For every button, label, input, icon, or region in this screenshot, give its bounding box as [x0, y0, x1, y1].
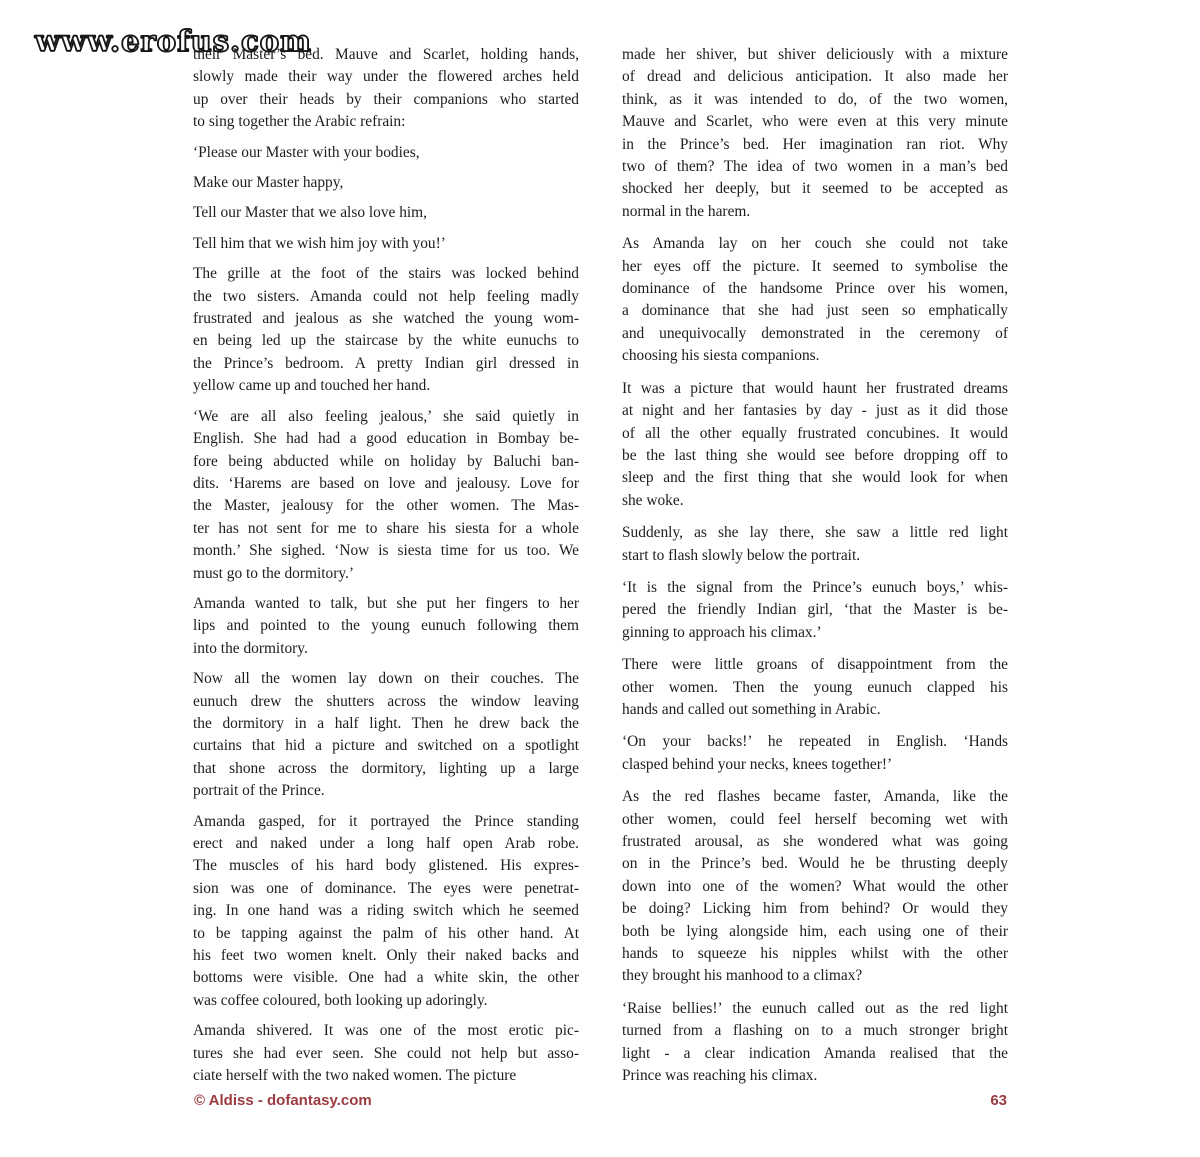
paragraph: made her shiver, but shiver deliciously …	[622, 44, 1008, 223]
text-line: It was a picture that would haunt her fr…	[622, 378, 1008, 400]
text-line: normal in the harem.	[622, 201, 1008, 223]
paragraph: Tell him that we wish him joy with you!’	[193, 233, 579, 255]
paragraph: There were little groans of disappointme…	[622, 654, 1008, 721]
text-line: As Amanda lay on her couch she could not…	[622, 233, 1008, 255]
paragraph: Make our Master happy,	[193, 172, 579, 194]
text-column-right: made her shiver, but shiver deliciously …	[622, 44, 1008, 1097]
text-line: Tell him that we wish him joy with you!’	[193, 233, 579, 255]
paragraph: Amanda wanted to talk, but she put her f…	[193, 593, 579, 660]
text-line: down into one of the women? What would t…	[622, 876, 1008, 898]
text-line: be the last thing she would see before d…	[622, 445, 1008, 467]
text-line: Mauve and Scarlet, who were even at this…	[622, 111, 1008, 133]
text-line: eunuch drew the shutters across the wind…	[193, 691, 579, 713]
text-line: start to flash slowly below the portrait…	[622, 545, 1008, 567]
footer-credit: © Aldiss - dofantasy.com	[194, 1092, 372, 1109]
text-line: sleep and the first thing that she would…	[622, 467, 1008, 489]
book-page: www.erofus.com their Master’s bed. Mauve…	[0, 0, 1200, 1157]
text-line: clasped behind your necks, knees togethe…	[622, 754, 1008, 776]
text-line: frustrated and jealous as she watched th…	[193, 308, 579, 330]
text-line: curtains that hid a picture and switched…	[193, 735, 579, 757]
paragraph: ‘Raise bellies!’ the eunuch called out a…	[622, 998, 1008, 1088]
paragraph: It was a picture that would haunt her fr…	[622, 378, 1008, 512]
text-line: of all the other equally frustrated conc…	[622, 423, 1008, 445]
text-line: hands and called out something in Arabic…	[622, 699, 1008, 721]
text-line: Make our Master happy,	[193, 172, 579, 194]
paragraph: ‘On your backs!’ he repeated in English.…	[622, 731, 1008, 776]
text-line: Amanda gasped, for it portrayed the Prin…	[193, 811, 579, 833]
paragraph: As Amanda lay on her couch she could not…	[622, 233, 1008, 367]
text-line: English. She had had a good education in…	[193, 428, 579, 450]
text-line: erect and naked under a long half open A…	[193, 833, 579, 855]
text-line: she woke.	[622, 490, 1008, 512]
text-line: they brought his manhood to a climax?	[622, 965, 1008, 987]
text-line: month.’ She sighed. ‘Now is siesta time …	[193, 540, 579, 562]
text-line: Tell our Master that we also love him,	[193, 202, 579, 224]
paragraph: Suddenly, as she lay there, she saw a li…	[622, 522, 1008, 567]
text-line: dits. ‘Harems are based on love and jeal…	[193, 473, 579, 495]
text-line: to be tapping against the palm of his ot…	[193, 923, 579, 945]
text-line: ‘Please our Master with your bodies,	[193, 142, 579, 164]
paragraph: The grille at the foot of the stairs was…	[193, 263, 579, 397]
paragraph: their Master’s bed. Mauve and Scarlet, h…	[193, 44, 579, 134]
text-line: up over their heads by their companions …	[193, 89, 579, 111]
text-line: other women, could feel herself becoming…	[622, 809, 1008, 831]
text-line: ing. In one hand was a riding switch whi…	[193, 900, 579, 922]
text-line: must go to the dormitory.’	[193, 563, 579, 585]
paragraph: Amanda gasped, for it portrayed the Prin…	[193, 811, 579, 1013]
text-line: yellow came up and touched her hand.	[193, 375, 579, 397]
paragraph: ‘Please our Master with your bodies,	[193, 142, 579, 164]
text-line: think, as it was intended to do, of the …	[622, 89, 1008, 111]
text-line: The muscles of his hard body glistened. …	[193, 855, 579, 877]
text-line: As the red flashes became faster, Amanda…	[622, 786, 1008, 808]
text-line: There were little groans of disappointme…	[622, 654, 1008, 676]
text-line: at night and her fantasies by day - just…	[622, 400, 1008, 422]
text-line: Amanda shivered. It was one of the most …	[193, 1020, 579, 1042]
text-line: Suddenly, as she lay there, she saw a li…	[622, 522, 1008, 544]
text-line: ‘We are all also feeling jealous,’ she s…	[193, 406, 579, 428]
text-line: en being led up the staircase by the whi…	[193, 330, 579, 352]
text-line: to sing together the Arabic refrain:	[193, 111, 579, 133]
text-line: ginning to approach his climax.’	[622, 622, 1008, 644]
text-line: ‘On your backs!’ he repeated in English.…	[622, 731, 1008, 753]
text-line: other women. Then the young eunuch clapp…	[622, 677, 1008, 699]
text-line: fore being abducted while on holiday by …	[193, 451, 579, 473]
text-line: ter has not sent for me to share his sie…	[193, 518, 579, 540]
paragraph: ‘It is the signal from the Prince’s eunu…	[622, 577, 1008, 644]
text-line: turned from a flashing on to a much stro…	[622, 1020, 1008, 1042]
text-line: their Master’s bed. Mauve and Scarlet, h…	[193, 44, 579, 66]
text-line: made her shiver, but shiver deliciously …	[622, 44, 1008, 66]
text-line: choosing his siesta companions.	[622, 345, 1008, 367]
text-line: lips and pointed to the young eunuch fol…	[193, 615, 579, 637]
text-line: into the dormitory.	[193, 638, 579, 660]
paragraph: Amanda shivered. It was one of the most …	[193, 1020, 579, 1087]
text-line: the Master, jealousy for the other women…	[193, 495, 579, 517]
text-line: a dominance that she had just seen so em…	[622, 300, 1008, 322]
text-line: ‘It is the signal from the Prince’s eunu…	[622, 577, 1008, 599]
text-line: ‘Raise bellies!’ the eunuch called out a…	[622, 998, 1008, 1020]
text-line: shocked her deeply, but it seemed to be …	[622, 178, 1008, 200]
page-number: 63	[957, 1092, 1007, 1109]
text-line: Amanda wanted to talk, but she put her f…	[193, 593, 579, 615]
text-line: ciate herself with the two naked women. …	[193, 1065, 579, 1087]
text-line: her eyes off the picture. It seemed to s…	[622, 256, 1008, 278]
text-line: The grille at the foot of the stairs was…	[193, 263, 579, 285]
text-line: light - a clear indication Amanda realis…	[622, 1043, 1008, 1065]
text-line: hands to squeeze his nipples whilst with…	[622, 943, 1008, 965]
text-line: was coffee coloured, both looking up ado…	[193, 990, 579, 1012]
text-line: be doing? Licking him from behind? Or wo…	[622, 898, 1008, 920]
text-line: pered the friendly Indian girl, ‘that th…	[622, 599, 1008, 621]
text-column-left: their Master’s bed. Mauve and Scarlet, h…	[193, 44, 579, 1095]
paragraph: As the red flashes became faster, Amanda…	[622, 786, 1008, 988]
text-line: the two sisters. Amanda could not help f…	[193, 286, 579, 308]
text-line: Now all the women lay down on their couc…	[193, 668, 579, 690]
text-line: and unequivocally demonstrated in the ce…	[622, 323, 1008, 345]
text-line: the dormitory in a half light. Then he d…	[193, 713, 579, 735]
text-line: portrait of the Prince.	[193, 780, 579, 802]
paragraph: ‘We are all also feeling jealous,’ she s…	[193, 406, 579, 585]
text-line: his feet two women knelt. Only their nak…	[193, 945, 579, 967]
text-line: bottoms were visible. One had a white sk…	[193, 967, 579, 989]
text-line: in the Prince’s bed. Her imagination ran…	[622, 134, 1008, 156]
text-line: that shone across the dormitory, lightin…	[193, 758, 579, 780]
text-line: sion was one of dominance. The eyes were…	[193, 878, 579, 900]
text-line: slowly made their way under the flowered…	[193, 66, 579, 88]
text-line: Prince was reaching his climax.	[622, 1065, 1008, 1087]
text-line: the Prince’s bedroom. A pretty Indian gi…	[193, 353, 579, 375]
paragraph: Tell our Master that we also love him,	[193, 202, 579, 224]
text-line: tures she had ever seen. She could not h…	[193, 1043, 579, 1065]
text-line: both be lying alongside him, each using …	[622, 921, 1008, 943]
text-line: frustrated arousal, as she wondered what…	[622, 831, 1008, 853]
text-line: on in the Prince’s bed. Would he be thru…	[622, 853, 1008, 875]
paragraph: Now all the women lay down on their couc…	[193, 668, 579, 802]
text-line: two of them? The idea of two women in a …	[622, 156, 1008, 178]
text-line: of dread and delicious anticipation. It …	[622, 66, 1008, 88]
text-line: dominance of the handsome Prince over hi…	[622, 278, 1008, 300]
